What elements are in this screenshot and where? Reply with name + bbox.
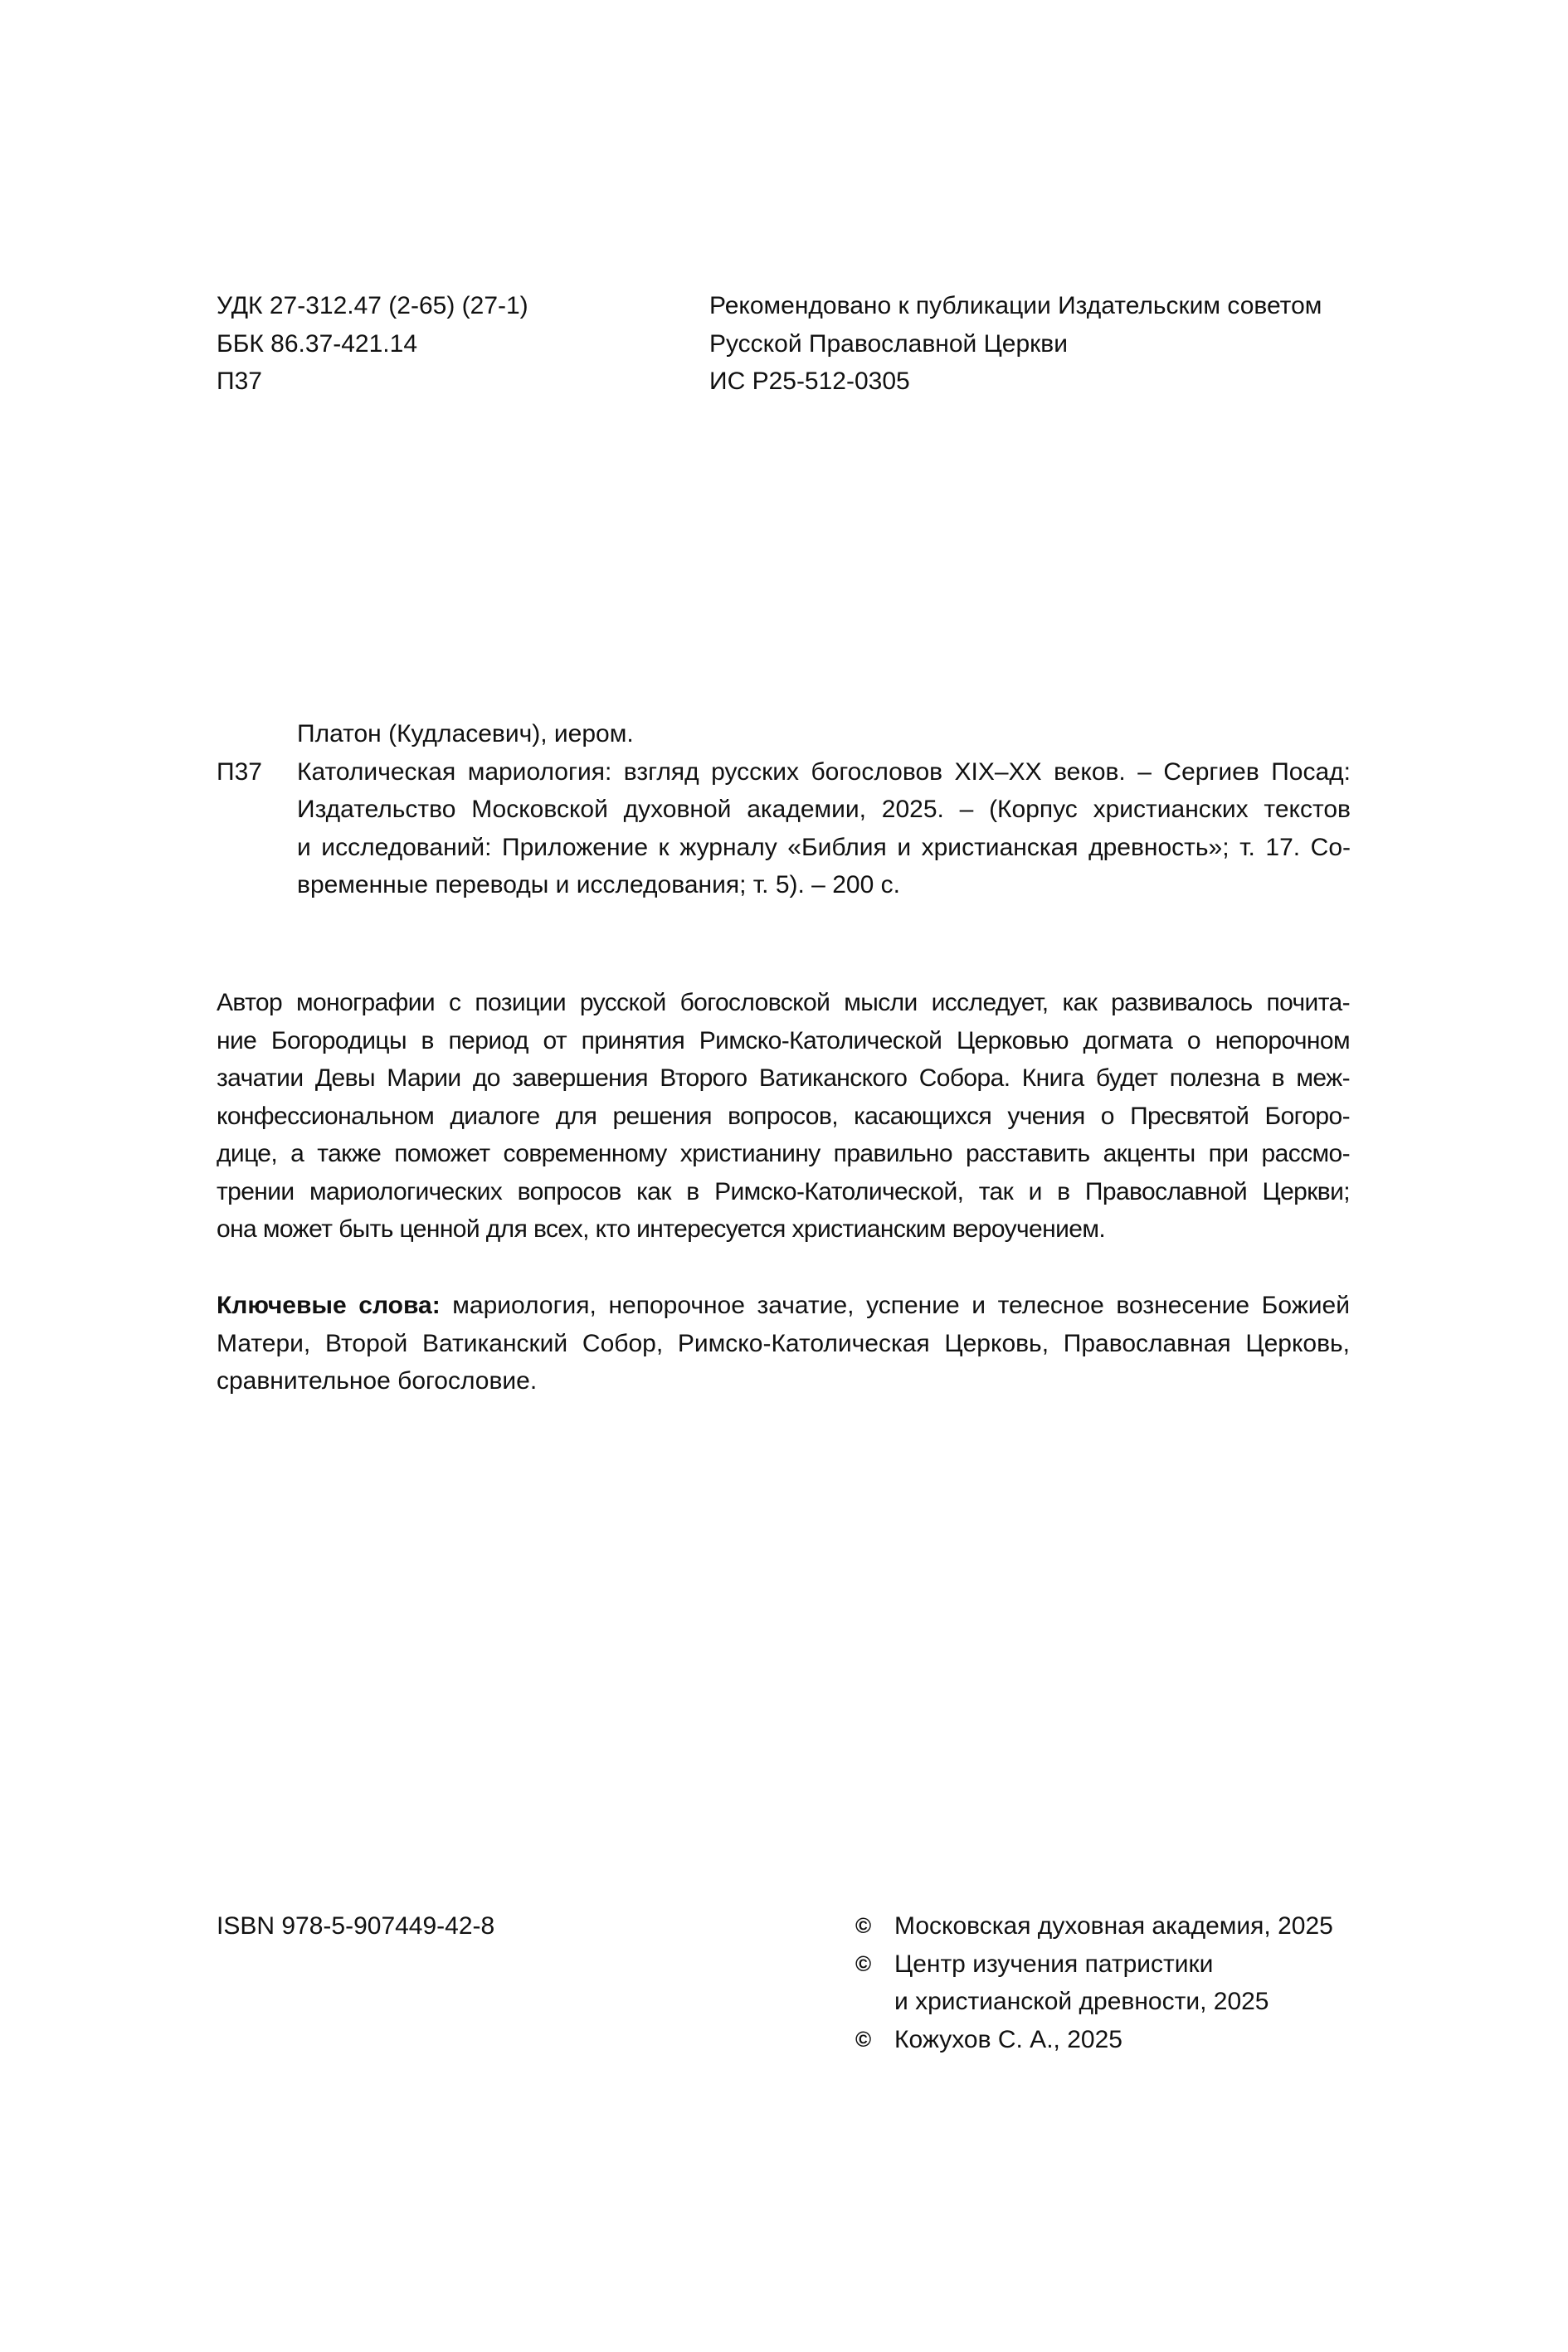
abstract-line: трении мариологических вопросов как в Ри… xyxy=(217,1173,1350,1211)
isbn: ISBN 978-5-907449-42-8 xyxy=(217,1907,494,1945)
bbk-code: ББК 86.37-421.14 xyxy=(217,325,528,363)
abstract: Автор монографии с позиции русской богос… xyxy=(217,984,1350,1249)
keywords-label: Ключевые слова: xyxy=(217,1292,441,1319)
keywords: Ключевые слова: мариология, непорочное з… xyxy=(217,1287,1350,1400)
recommendation-block: Рекомендовано к публикации Издательским … xyxy=(709,287,1322,401)
copyright-holder: Кожухов С. А., 2025 xyxy=(894,2021,1122,2059)
recommendation-line: Русской Православной Церкви xyxy=(709,325,1322,363)
book-author: Платон (Кудласевич), иером. xyxy=(297,715,634,753)
classification-block: УДК 27-312.47 (2-65) (27-1) ББК 86.37-42… xyxy=(217,287,528,401)
author-sign: П37 xyxy=(217,363,528,401)
keywords-line: Матери, Второй Ватиканский Собор, Римско… xyxy=(217,1325,1350,1363)
abstract-line: Автор монографии с позиции русской богос… xyxy=(217,984,1350,1022)
recommendation-line: Рекомендовано к публикации Издательским … xyxy=(709,287,1322,325)
udk-code: УДК 27-312.47 (2-65) (27-1) xyxy=(217,287,528,325)
copyright-icon: © xyxy=(855,2021,894,2059)
abstract-line: она может быть ценной для всех, кто инте… xyxy=(217,1210,1350,1249)
copyright-holder-continued: и христианской древности, 2025 xyxy=(894,1983,1269,2021)
publishing-council-number: ИС Р25-512-0305 xyxy=(709,363,1322,401)
copyright-holder: Московская духовная академия, 2025 xyxy=(894,1907,1333,1945)
bibliographic-line: временные переводы и исследования; т. 5)… xyxy=(297,866,1351,904)
abstract-line: зачатии Девы Марии до завершения Второго… xyxy=(217,1059,1350,1098)
bibliographic-line: Католическая мариология: взгляд русских … xyxy=(297,753,1351,791)
copyright-holder: Центр изучения патристики xyxy=(894,1945,1213,1984)
keywords-line: Ключевые слова: мариология, непорочное з… xyxy=(217,1287,1350,1325)
keywords-line: сравнительное богословие. xyxy=(217,1362,1350,1400)
author-sign-code: П37 xyxy=(217,753,297,791)
bibliographic-line: Издательство Московской духовной академи… xyxy=(297,791,1351,829)
bibliographic-record: Платон (Кудласевич), иером. П37 Католиче… xyxy=(217,715,1353,904)
keywords-text: мариология, непорочное зачатие, успение … xyxy=(441,1292,1350,1319)
abstract-line: ние Богородицы в период от принятия Римс… xyxy=(217,1022,1350,1060)
copyrights: © Московская духовная академия, 2025 © Ц… xyxy=(855,1907,1333,2058)
copyright-icon: © xyxy=(855,1945,894,1984)
abstract-line: конфессиональном диалоге для решения воп… xyxy=(217,1098,1350,1136)
abstract-line: дице, а также поможет современному христ… xyxy=(217,1135,1350,1173)
copyright-icon: © xyxy=(855,1907,894,1945)
bibliographic-line: и исследований: Приложение к журналу «Би… xyxy=(297,829,1351,867)
